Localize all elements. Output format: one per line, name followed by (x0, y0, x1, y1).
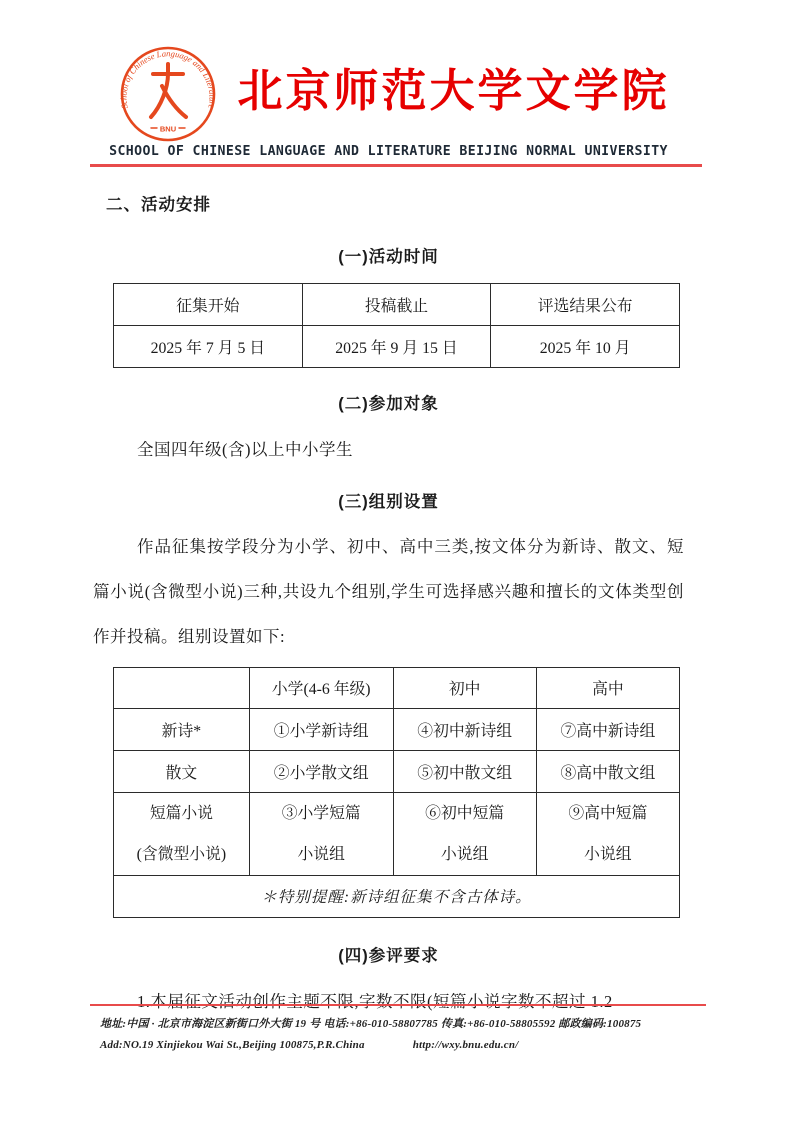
footer-address-en-row: Add:NO.19 Xinjiekou Wai St.,Beijing 1008… (100, 1035, 706, 1056)
schedule-header-row: 征集开始 投稿截止 评选结果公布 (114, 283, 680, 325)
footer-website-url: http://wxy.bnu.edu.cn/ (413, 1035, 519, 1056)
groups-intro-paragraph: 作品征集按学段分为小学、初中、高中三类,按文体分为新诗、散文、短篇小说(含微型小… (93, 524, 684, 659)
footer-address-cn: 地址:中国 · 北京市海淀区新街口外大街 19 号 电话:+86-010-588… (100, 1014, 706, 1035)
logo-bnu-text: BNU (160, 125, 176, 134)
groups-col-blank (114, 667, 250, 708)
cell-junior-poetry: ④初中新诗组 (393, 708, 536, 750)
participants-text: 全国四年级(含)以上中小学生 (93, 436, 684, 460)
school-title-chinese: 北京师范大学文学院 (223, 68, 684, 121)
section-heading: 二、活动安排 (93, 191, 684, 215)
groups-note: ＊特别提醒:新诗组征集不含古体诗。 (114, 875, 680, 917)
logo-wen-glyph-icon (151, 64, 186, 117)
cell-primary-fiction: ③小学短篇 小说组 (249, 792, 393, 875)
row-label-prose: 散文 (114, 750, 250, 792)
cell-senior-prose: ⑧高中散文组 (536, 750, 679, 792)
bnu-school-logo: School of Chinese Language and Literatur… (113, 44, 223, 144)
school-title-english: SCHOOL OF CHINESE LANGUAGE AND LITERATUR… (93, 144, 684, 159)
subheading-groups: (三)组别设置 (93, 488, 684, 512)
footer-contact-block: 地址:中国 · 北京市海淀区新街口外大街 19 号 电话:+86-010-588… (90, 1006, 706, 1056)
document-page: School of Chinese Language and Literatur… (0, 0, 794, 1123)
schedule-results-date: 2025 年 10 月 (491, 325, 680, 367)
schedule-col-start: 征集开始 (114, 283, 303, 325)
subheading-requirements: (四)参评要求 (93, 942, 684, 966)
groups-row-fiction: 短篇小说 (含微型小说) ③小学短篇 小说组 ⑥初中短篇 小说组 ⑨高中短篇 小… (114, 792, 680, 875)
groups-col-primary: 小学(4-6 年级) (249, 667, 393, 708)
schedule-col-results: 评选结果公布 (491, 283, 680, 325)
subheading-activity-time: (一)活动时间 (93, 243, 684, 267)
groups-header-row: 小学(4-6 年级) 初中 高中 (114, 667, 680, 708)
schedule-deadline-date: 2025 年 9 月 15 日 (302, 325, 491, 367)
groups-row-poetry: 新诗* ①小学新诗组 ④初中新诗组 ⑦高中新诗组 (114, 708, 680, 750)
footer-address-en: Add:NO.19 Xinjiekou Wai St.,Beijing 1008… (100, 1035, 365, 1056)
cell-junior-prose: ⑤初中散文组 (393, 750, 536, 792)
cell-senior-fiction: ⑨高中短篇 小说组 (536, 792, 679, 875)
page-footer: 地址:中国 · 北京市海淀区新街口外大街 19 号 电话:+86-010-588… (90, 1004, 706, 1056)
header-divider (90, 164, 702, 167)
subheading-participants: (二)参加对象 (93, 390, 684, 414)
groups-row-prose: 散文 ②小学散文组 ⑤初中散文组 ⑧高中散文组 (114, 750, 680, 792)
cell-primary-prose: ②小学散文组 (249, 750, 393, 792)
letterhead: School of Chinese Language and Literatur… (93, 44, 684, 144)
schedule-data-row: 2025 年 7 月 5 日 2025 年 9 月 15 日 2025 年 10… (114, 325, 680, 367)
row-label-fiction: 短篇小说 (含微型小说) (114, 792, 250, 875)
schedule-col-deadline: 投稿截止 (302, 283, 491, 325)
schedule-start-date: 2025 年 7 月 5 日 (114, 325, 303, 367)
groups-note-row: ＊特别提醒:新诗组征集不含古体诗。 (114, 875, 680, 917)
logo-seal-icon: School of Chinese Language and Literatur… (113, 44, 223, 144)
cell-senior-poetry: ⑦高中新诗组 (536, 708, 679, 750)
schedule-table: 征集开始 投稿截止 评选结果公布 2025 年 7 月 5 日 2025 年 9… (113, 283, 680, 368)
row-label-poetry: 新诗* (114, 708, 250, 750)
cell-junior-fiction: ⑥初中短篇 小说组 (393, 792, 536, 875)
groups-col-senior: 高中 (536, 667, 679, 708)
cell-primary-poetry: ①小学新诗组 (249, 708, 393, 750)
groups-table: 小学(4-6 年级) 初中 高中 新诗* ①小学新诗组 ④初中新诗组 ⑦高中新诗… (113, 667, 680, 918)
groups-col-junior: 初中 (393, 667, 536, 708)
